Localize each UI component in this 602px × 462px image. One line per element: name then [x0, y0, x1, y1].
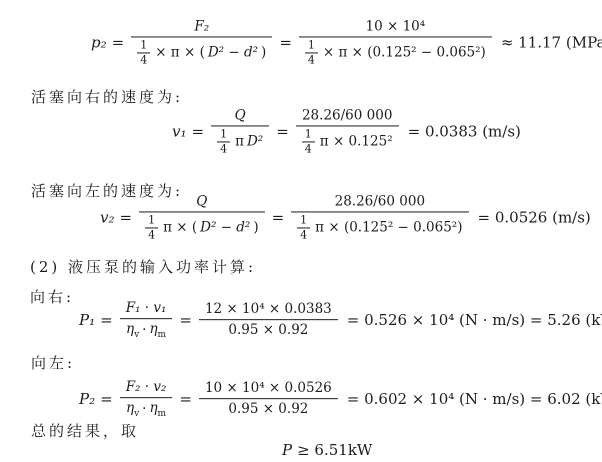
fraction-denominator: ηv · ηm: [120, 319, 173, 340]
eta-sub-v: v: [134, 409, 139, 419]
equals-sign: =: [120, 208, 133, 226]
den-operator: × π × (: [155, 45, 205, 61]
fraction-denominator: 1 4 × π × ( D² − d² ): [131, 37, 272, 65]
label-total-result: 总的结果，取: [31, 420, 139, 441]
v2-lhs: v₂: [100, 208, 115, 226]
fraction-p2-symbolic: F₂ 1 4 × π × ( D² − d² ): [131, 18, 272, 65]
fraction-numerator: 10 × 10⁴: [299, 18, 492, 37]
fraction-P1-symbolic: F₁ · v₁ ηv · ηm: [120, 300, 173, 340]
numeric-denominator: π × (0.125² − 0.065²): [315, 220, 462, 236]
result-value: = 0.0383 (m/s): [408, 122, 521, 140]
equation-P1: P₁ = F₁ · v₁ ηv · ηm = 12 × 10⁴ × 0.0383…: [79, 300, 602, 340]
fraction-P1-numeric: 12 × 10⁴ × 0.0383 0.95 × 0.92: [199, 302, 338, 339]
eta-sub-v: v: [134, 330, 139, 340]
fraction-denominator: ηv · ηm: [120, 398, 173, 419]
p2-lhs: p₂: [91, 33, 107, 51]
v1-lhs: v₁: [172, 122, 187, 140]
den-variables: D² − d²: [208, 45, 258, 61]
numeric-numerator: 28.26/60 000: [302, 107, 392, 123]
numeric-denominator: × π × (0.125² − 0.065²): [323, 45, 486, 61]
equals-sign: =: [179, 390, 192, 408]
quarter-denominator: 4: [145, 228, 158, 241]
quarter-denominator: 4: [137, 53, 150, 66]
quarter-numerator: 1: [145, 214, 158, 228]
eta-symbol: η: [126, 400, 134, 416]
quarter-fraction: 1 4: [145, 214, 158, 240]
numeric-denominator: 0.95 × 0.92: [228, 323, 308, 339]
fraction-v2-symbolic: Q 1 4 π × ( D² − d² ): [139, 193, 265, 240]
section-2-heading: (2) 液压泵的输入功率计算:: [30, 256, 256, 277]
quarter-fraction: 1 4: [217, 128, 230, 154]
eta-volumetric: ηv: [126, 400, 139, 419]
den-variables: D² − d²: [200, 220, 250, 236]
force-velocity-product: F₁ · v₁: [126, 300, 167, 316]
eta-volumetric: ηv: [126, 321, 139, 340]
fraction-v1-numeric: 28.26/60 000 1 4 π × 0.125²: [296, 107, 399, 154]
quarter-denominator: 4: [297, 228, 310, 241]
quarter-numerator: 1: [305, 39, 318, 53]
eta-symbol: η: [149, 321, 157, 337]
fraction-denominator: 0.95 × 0.92: [199, 321, 338, 339]
fraction-P2-numeric: 10 × 10⁴ × 0.0526 0.95 × 0.92: [199, 381, 338, 418]
quarter-denominator: 4: [217, 142, 230, 155]
fraction-P2-symbolic: F₂ · v₂ ηv · ηm: [120, 379, 173, 419]
dot-operator: ·: [142, 402, 146, 418]
numeric-numerator: 10 × 10⁴: [366, 18, 426, 34]
equation-p2: p₂ = F₂ 1 4 × π × ( D² − d² ) = 10 × 10⁴: [91, 18, 602, 65]
result-value: = 0.0526 (m/s): [478, 208, 591, 226]
label-to-left: 向左:: [31, 352, 75, 373]
quarter-numerator: 1: [297, 214, 310, 228]
fraction-denominator: 0.95 × 0.92: [199, 400, 338, 418]
fraction-v2-numeric: 28.26/60 000 1 4 π × (0.125² − 0.065²): [291, 193, 468, 240]
fraction-numerator: F₂ · v₂: [120, 379, 173, 398]
den-variables: D²: [247, 134, 263, 150]
equals-sign: =: [192, 122, 205, 140]
quarter-fraction: 1 4: [137, 39, 150, 65]
pi-symbol: π: [235, 134, 244, 150]
fraction-denominator: 1 4 π × ( D² − d² ): [139, 212, 265, 240]
den-operator: π × (: [163, 220, 197, 236]
numeric-denominator: 0.95 × 0.92: [228, 402, 308, 418]
den-close: ): [261, 45, 266, 61]
equation-v1: v₁ = Q 1 4 π D² = 28.26/60 000 1: [172, 107, 521, 154]
fraction-numerator: 28.26/60 000: [296, 107, 399, 126]
fraction-denominator: 1 4 × π × (0.125² − 0.065²): [299, 37, 492, 65]
fraction-numerator: Q: [211, 107, 269, 126]
eta-mechanical: ηm: [149, 321, 166, 340]
flow-Q: Q: [196, 193, 207, 209]
equals-sign: =: [272, 208, 285, 226]
flow-Q: Q: [235, 107, 246, 123]
fraction-numerator: F₁ · v₁: [120, 300, 173, 319]
P-symbol: P: [282, 441, 292, 459]
quarter-fraction: 1 4: [297, 214, 310, 240]
numeric-numerator: 28.26/60 000: [335, 193, 425, 209]
equals-sign: =: [279, 33, 292, 51]
quarter-numerator: 1: [302, 128, 315, 142]
quarter-fraction: 1 4: [305, 39, 318, 65]
result-value: = 0.602 × 10⁴ (N · m/s) = 6.02 (kW): [347, 390, 602, 408]
equals-sign: =: [112, 33, 125, 51]
document-page: p₂ = F₂ 1 4 × π × ( D² − d² ) = 10 × 10⁴: [0, 0, 602, 462]
fraction-v1-symbolic: Q 1 4 π D²: [211, 107, 269, 154]
force-velocity-product: F₂ · v₂: [126, 379, 167, 395]
result-value: = 0.526 × 10⁴ (N · m/s) = 5.26 (kW): [347, 311, 602, 329]
quarter-numerator: 1: [137, 39, 150, 53]
equals-sign: =: [276, 122, 289, 140]
eta-sub-m: m: [158, 330, 167, 340]
final-power-value: ≥ 6.51kW: [297, 441, 372, 459]
den-close: ): [253, 220, 258, 236]
fraction-denominator: 1 4 π × (0.125² − 0.065²): [291, 212, 468, 240]
fraction-denominator: 1 4 π D²: [211, 126, 269, 154]
equals-sign: =: [179, 311, 192, 329]
P2-lhs: P₂: [79, 390, 95, 408]
quarter-fraction: 1 4: [302, 128, 315, 154]
fraction-numerator: Q: [139, 193, 265, 212]
numeric-numerator: 12 × 10⁴ × 0.0383: [205, 302, 332, 318]
numeric-numerator: 10 × 10⁴ × 0.0526: [205, 381, 332, 397]
fraction-numerator: 12 × 10⁴ × 0.0383: [199, 302, 338, 321]
equation-P2: P₂ = F₂ · v₂ ηv · ηm = 10 × 10⁴ × 0.0526…: [79, 379, 602, 419]
equation-v2: v₂ = Q 1 4 π × ( D² − d² ) = 28.26/60 00…: [100, 193, 591, 240]
eta-symbol: η: [149, 400, 157, 416]
equation-final-power: P ≥ 6.51kW: [282, 441, 372, 459]
fraction-denominator: 1 4 π × 0.125²: [296, 126, 399, 154]
label-to-right: 向右:: [30, 286, 74, 307]
equals-sign: =: [100, 390, 113, 408]
quarter-numerator: 1: [217, 128, 230, 142]
fraction-numerator: 10 × 10⁴ × 0.0526: [199, 381, 338, 400]
eta-mechanical: ηm: [149, 400, 166, 419]
fraction-p2-numeric: 10 × 10⁴ 1 4 × π × (0.125² − 0.065²): [299, 18, 492, 65]
result-value: ≈ 11.17 (MPa): [501, 33, 602, 51]
quarter-denominator: 4: [302, 142, 315, 155]
eta-sub-m: m: [158, 409, 167, 419]
numeric-denominator: π × 0.125²: [320, 134, 393, 150]
fraction-numerator: F₂: [131, 18, 272, 37]
fraction-numerator: 28.26/60 000: [291, 193, 468, 212]
quarter-denominator: 4: [305, 53, 318, 66]
P1-lhs: P₁: [79, 311, 95, 329]
eta-symbol: η: [126, 321, 134, 337]
dot-operator: ·: [142, 323, 146, 339]
equals-sign: =: [100, 311, 113, 329]
label-piston-right-velocity: 活塞向右的速度为:: [31, 86, 183, 107]
force-F2: F₂: [194, 18, 209, 34]
